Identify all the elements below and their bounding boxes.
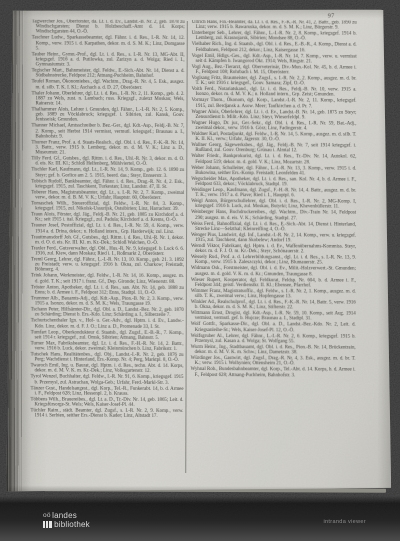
directory-entry: Tüchler Raim., städt. Beamter, dgl. Zugs…	[30, 408, 183, 419]
directory-entry: Tilly Ferd. Gf., Gutsbes., dgl. Rittm. i…	[31, 157, 184, 168]
directory-entry: Wagner Alois, Oberlehrer, dgl. Lt. i. d.…	[191, 110, 356, 121]
viewer-stage: 97 Tagwercher Jos., Oberförster, da. Lt.…	[0, 0, 400, 541]
directory-entry: Wimmer Franz, Magistratsoffiz., dgl. Fel…	[191, 289, 356, 300]
directory-entry: Wessely Rud., Prof. a. d. Lehrerbildungs…	[191, 255, 356, 266]
directory-entry: Többens Wilh., Brauereibes., dgl. Lt. a.…	[30, 397, 183, 408]
directory-entry: Ullrich Hans, Fin.-Beamter, da. Lt. i. d…	[192, 20, 357, 31]
directory-entry: Vormayr Thom., Ökonom, dgl. Korp., Lands…	[191, 98, 356, 109]
directory-entry: Vogel Emil, Hdlgs.-Ges., dgl. Kdt.-Asp.,…	[192, 54, 357, 65]
directory-entry: Twaroch Emil, Ing. u. Baurat, dgl. Hptm.…	[31, 364, 184, 375]
directory-entry: Werndl Viktor, Fabrikant, dgl. Hptm. i. …	[191, 244, 356, 255]
directory-entry: Tröster Anton, Apotheker, dgl. Lt. i. d.…	[31, 285, 184, 296]
directory-entry: Trummer Alb., Bauamts-Adj., dgl. Kdt.-As…	[31, 296, 184, 307]
library-logo[interactable]: oö landes bibliothek	[43, 511, 90, 529]
directory-entry: Würdinger Jos., Gastwirt, dgl. Zugsf., D…	[191, 356, 356, 367]
directory-entry: Tumfart Leop., Oberkondukteur d. Staatsb…	[31, 330, 184, 341]
directory-entry: Tauber Heinr., Gymn.-Prof., dgl. Lt. i. …	[32, 52, 185, 68]
directory-entry: Unterberger Seb., Lehrer, dgl. Fähnr., L…	[192, 31, 357, 42]
directory-entry: Voglsang Fritz, Braumeister, dgl. Zugsf.…	[192, 76, 357, 87]
directory-entry: Tänzer Gust., Handelsangest., dgl. Korp.…	[30, 386, 183, 397]
directory-entry: Taschner Ludw., Sparkassebeamter, dgl. F…	[32, 36, 185, 52]
directory-entry: Weiss Ferd., Bahnoffizial, dgl. Lt. i. d…	[191, 222, 356, 233]
scanned-page-image[interactable]: 97 Tagwercher Jos., Oberförster, da. Lt.…	[5, 8, 393, 493]
directory-entry: Waldner Karl, Postadjunkt, dgl. Feldw., …	[191, 132, 356, 143]
logo-word-bibliothek: bibliothek	[54, 520, 90, 529]
directory-entry: Vogl Aug., Bez.-Tierarzt, dgl. Oberveter…	[192, 65, 357, 76]
directory-entry: Walter Friedr., Bankprokurist, dgl. Lt. …	[191, 154, 356, 165]
directory-entry: Thalhammer Alois, Lehrer i. Gmunden, dgl…	[31, 107, 184, 123]
directory-entry: Toberer Hans, Magistratsbeamter, dgl. Lt…	[31, 190, 184, 201]
logo-word-landes: landes	[52, 511, 77, 520]
directory-entry: Weigl Anton, Bürgerschullehrer, dgl. Obl…	[191, 199, 356, 210]
directory-entry: Turner Max, Fabriksbeamter, dgl. Lt. i. …	[31, 341, 184, 352]
directory-column-right: Ullrich Hans, Fin.-Beamter, da. Lt. i. d…	[191, 20, 357, 379]
directory-entry: Weber Johann, Schulleiter, dgl. Fähnr., …	[191, 166, 356, 177]
directory-entry: Tischler Karl, Kaufmann, dgl. Lt., I.-R.…	[31, 168, 184, 179]
directory-entry: Voith Ferd., Notariatskand., dgl. Lt. i.…	[192, 87, 357, 98]
directory-entry: Weinberger Hans, Buchdruckereibes., dgl.…	[191, 210, 356, 221]
directory-entry: Wenger Pius, Landwirt, dgl. Inf., Landst…	[191, 233, 356, 244]
directory-entry: Trink Johann, Werkmeister, dgl. Feldw., …	[31, 274, 184, 285]
directory-entry: Wolfsgruber Al., Lehrer, dgl. Fähnr., L.…	[191, 334, 356, 345]
directory-entry: Wolf Gottfr., Sparkasse-Dir., dgl. Obl. …	[191, 322, 356, 333]
directory-entry: Thurner Franz, Prof. a. d. Staats-Realsc…	[31, 140, 184, 156]
directory-entry: Trauner Josef, Postoffizial, dgl. Lt. i.…	[31, 224, 184, 235]
directory-column-left: Tagwercher Jos., Oberförster, da. Lt. i.…	[30, 19, 184, 420]
directory-entry: Wurm Heinr., Ing., Stadtbauamt, dgl. Obl…	[191, 345, 356, 356]
directory-entry: Tutschek Hans, Realitätenbes., dgl. Obj.…	[31, 352, 184, 363]
logo-prefix: oö	[43, 511, 51, 520]
directory-entry: Winkler Ad., Realschulprof., dgl. Lt. i.…	[191, 300, 356, 311]
directory-entry: Wallner Georg, Sägewerksbes., dgl. Jäg.,…	[191, 143, 356, 154]
directory-entry: Widmann Osk., Forstmeister, dgl. Obl. i.…	[191, 266, 356, 277]
directory-entry: Tyrol Wenzel, Buchhalter, dgl. Feldw., I…	[31, 375, 184, 386]
directory-entry: Trauttmansdorff Joh. Gf., Gutsbes., dgl.…	[31, 235, 184, 246]
directory-entry: Vielhaber Rich., Ing. d. Staatsb., dgl. …	[192, 42, 357, 53]
directory-entry: Wegscheider Max, Apotheker, dgl. Lt. i. …	[191, 177, 356, 188]
directory-entry: Treml Georg, Lehrer, dgl. Fähnr., L.-I.-…	[31, 257, 184, 273]
directory-entry: Thanner Michael, Amtsschreiber b. Bez.-G…	[31, 124, 184, 140]
logo-bars-icon	[43, 521, 53, 528]
directory-entry: Wittmann Ernst, Drogist, dgl. Kdt.-Asp.,…	[191, 311, 356, 322]
directory-entry: Tschann Peter, Hilfsämter-Dir., dgl. Obl…	[31, 308, 184, 319]
directory-entry: Wagner Hugo, Dr. jur., Ger.-Sekr., dgl. …	[191, 121, 356, 132]
directory-entry: Tagwercher Jos., Oberförster, da. Lt. i.…	[32, 19, 185, 35]
directory-entry: Tegischer Mart., Bahnmeister, dgl. Feldw…	[32, 69, 185, 80]
directory-entry: Thaler Johann, Oberlehrer, dgl. Lt. i. d…	[32, 91, 185, 107]
directory-entry: Tomaschek Wilh., Steueroffizial, dgl. Fe…	[31, 201, 184, 212]
directory-entry: Traxler Ferd., Gutsverwalter, dgl. Obl.,…	[31, 246, 184, 257]
page-number: 97	[328, 13, 335, 19]
directory-entry: Traun Alois, Förster, dgl. Jäg., Feldj.-…	[31, 213, 184, 224]
column-divider-rule	[185, 21, 187, 473]
directory-entry: Teufel Roman, Ökonomiebes., dgl. Wachtm.…	[32, 80, 185, 91]
directory-entry: Tobisch Rudolf, Bankbeamter, dgl. Fähnr.…	[31, 179, 184, 190]
viewer-footer: oö landes bibliothek intranda viewer	[0, 496, 400, 541]
directory-entry: Tschurtschenthaler Ign. v., Hof- u. Ger.…	[31, 319, 184, 330]
directory-entry: Wieser Rupert, Kooperator, dgl. Feldkura…	[191, 278, 356, 289]
viewer-brand[interactable]: intranda viewer	[323, 519, 366, 525]
directory-entry: Wyhnal Rob., Bundesbahnbeamter, dgl. Kor…	[191, 367, 356, 378]
directory-entry: Weidinger Leop., Kaufmann, dgl. Zugsf., …	[191, 188, 356, 199]
